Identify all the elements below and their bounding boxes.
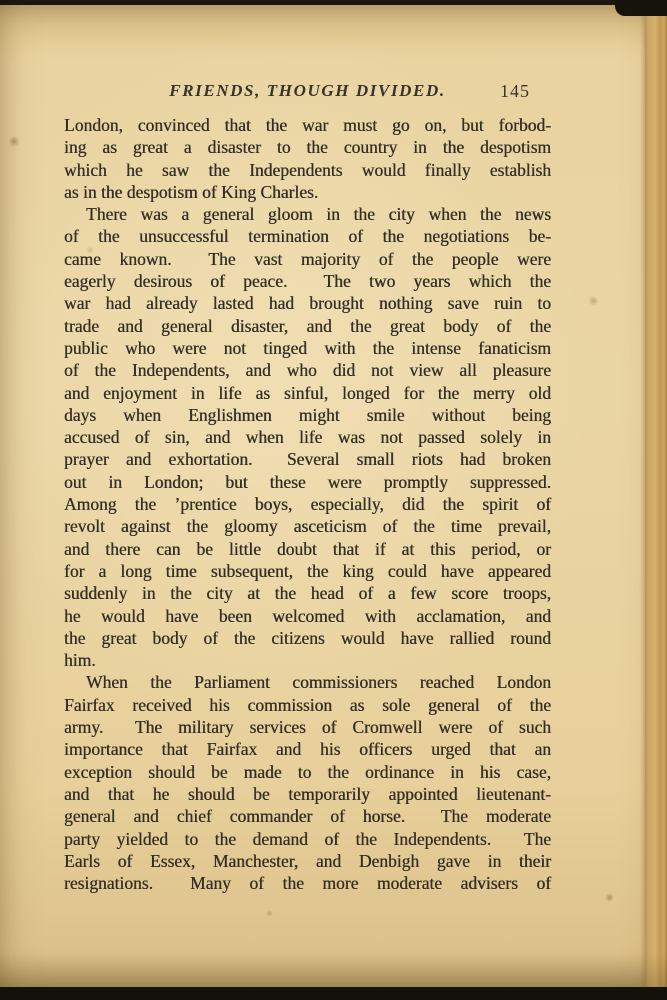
text-line: ing as great a disaster to the country i… xyxy=(64,136,551,158)
text-line: revolt against the gloomy asceticism of … xyxy=(64,515,551,537)
text-line: for a long time subsequent, the king cou… xyxy=(64,560,551,582)
page-number: 145 xyxy=(500,81,530,102)
text-line: importance that Fairfax and his officers… xyxy=(64,738,551,760)
paragraph: London, convinced that the war must go o… xyxy=(64,114,551,203)
text-line: as in the despotism of King Charles. xyxy=(64,181,551,203)
text-line: suddenly in the city at the head of a fe… xyxy=(64,582,551,604)
text-line: accused of sin, and when life was not pa… xyxy=(64,426,551,448)
text-line: party yielded to the demand of the Indep… xyxy=(64,828,551,850)
paragraph: There was a general gloom in the city wh… xyxy=(64,203,551,671)
page-body: London, convinced that the war must go o… xyxy=(64,114,551,894)
book-edge-top xyxy=(0,0,667,5)
text-line: Fairfax received his commission as sole … xyxy=(64,694,551,716)
text-line: general and chief commander of horse. Th… xyxy=(64,805,551,827)
text-line: army. The military services of Cromwell … xyxy=(64,716,551,738)
bottom-edge-shadow xyxy=(0,953,667,987)
text-line: prayer and exhortation. Several small ri… xyxy=(64,448,551,470)
paper-stain xyxy=(605,893,614,902)
text-line: of the Independents, and who did not vie… xyxy=(64,359,551,381)
text-line: and there can be little doubt that if at… xyxy=(64,538,551,560)
book-edge-bottom xyxy=(0,987,667,1000)
text-line: and enjoyment in life as sinful, longed … xyxy=(64,382,551,404)
text-line: him. xyxy=(64,649,551,671)
text-line: of the unsuccessful termination of the n… xyxy=(64,225,551,247)
text-line: and that he should be temporarily appoin… xyxy=(64,783,551,805)
text-line: exception should be made to the ordinanc… xyxy=(64,761,551,783)
text-line: resignations. Many of the more moderate … xyxy=(64,872,551,894)
page: FRIENDS, THOUGH DIVIDED. 145 London, con… xyxy=(64,81,551,894)
text-line: he would have been welcomed with acclama… xyxy=(64,605,551,627)
text-line: which he saw the Independents would fina… xyxy=(64,159,551,181)
text-line: days when Englishmen might smile without… xyxy=(64,404,551,426)
page-stack-edge xyxy=(645,3,667,1000)
text-line: Among the ’prentice boys, especially, di… xyxy=(64,493,551,515)
text-line: There was a general gloom in the city wh… xyxy=(64,203,551,225)
running-title: FRIENDS, THOUGH DIVIDED. xyxy=(64,81,551,101)
text-line: When the Parliament commissioners reache… xyxy=(64,671,551,693)
paper-stain xyxy=(8,136,20,147)
text-line: Earls of Essex, Manchester, and Denbigh … xyxy=(64,850,551,872)
book-scan: FRIENDS, THOUGH DIVIDED. 145 London, con… xyxy=(0,0,667,1000)
text-line: war had already lasted had brought nothi… xyxy=(64,292,551,314)
text-line: trade and general disaster, and the grea… xyxy=(64,315,551,337)
text-line: eagerly desirous of peace. The two years… xyxy=(64,270,551,292)
text-line: out in London; but these were promptly s… xyxy=(64,471,551,493)
paper-stain xyxy=(266,910,273,917)
book-corner-shadow xyxy=(615,0,667,16)
text-line: London, convinced that the war must go o… xyxy=(64,114,551,136)
text-line: the great body of the citizens would hav… xyxy=(64,627,551,649)
paper-stain xyxy=(588,296,599,306)
running-header: FRIENDS, THOUGH DIVIDED. 145 xyxy=(64,81,551,114)
paragraph: When the Parliament commissioners reache… xyxy=(64,671,551,894)
text-line: public who were not tinged with the inte… xyxy=(64,337,551,359)
text-line: came known. The vast majority of the peo… xyxy=(64,248,551,270)
